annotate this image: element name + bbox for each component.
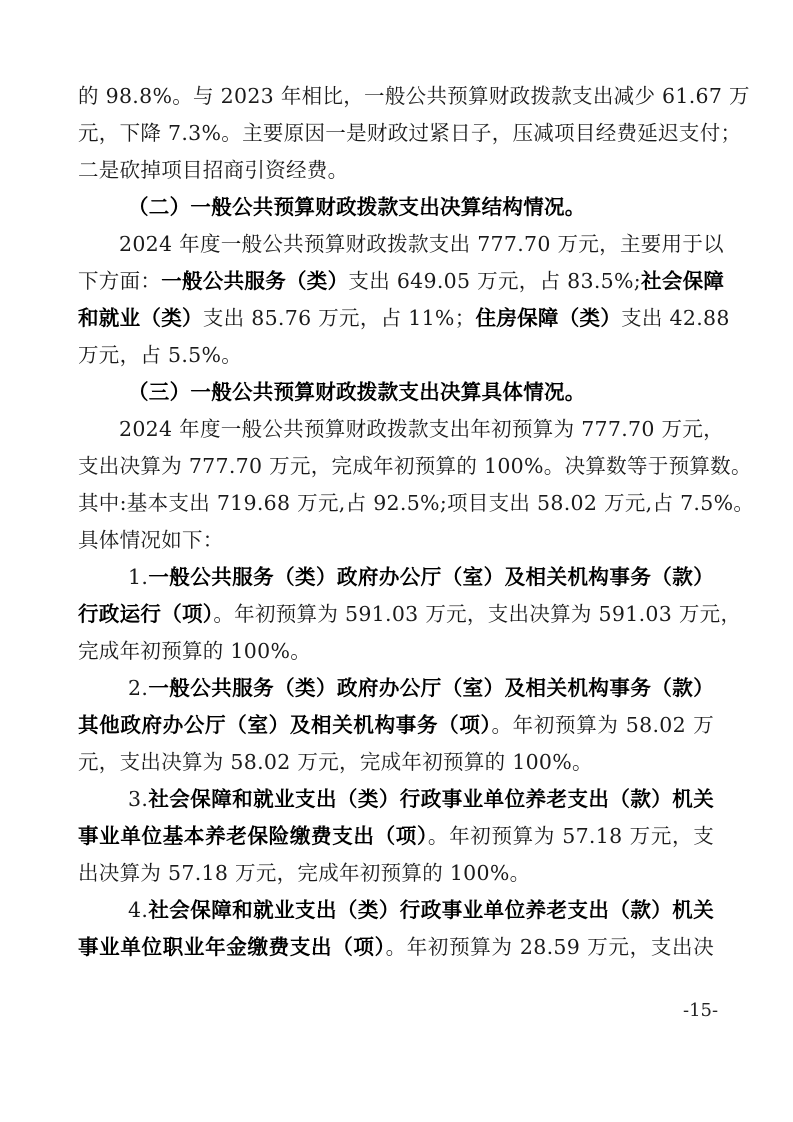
text-line: 2024 年度一般公共预算财政拨款支出年初预算为 777.70 万元， <box>78 411 714 448</box>
item-number: 1. <box>128 565 148 589</box>
text-line: 出决算为 57.18 万元，完成年初预算的 100%。 <box>78 855 714 892</box>
text-line: 事业单位基本养老保险缴费支出（项）。年初预算为 57.18 万元，支 <box>78 818 714 855</box>
item-title-line: 3.社会保障和就业支出（类）行政事业单位养老支出（款）机关 <box>78 781 714 818</box>
section-heading-detail: （三）一般公共预算财政拨款支出决算具体情况。 <box>78 374 714 411</box>
text-line: 下方面：一般公共服务（类）支出 649.05 万元，占 83.5%;社会保障 <box>78 263 714 300</box>
category-label: 社会保障 <box>641 269 724 293</box>
text-line: 和就业（类）支出 85.76 万元，占 11%；住房保障（类）支出 42.88 <box>78 300 714 337</box>
text-line: 完成年初预算的 100%。 <box>78 633 714 670</box>
item-title-line: 1.一般公共服务（类）政府办公厅（室）及相关机构事务（款） <box>78 559 714 596</box>
category-label: 一般公共服务（类） <box>161 269 348 293</box>
text-line: 具体情况如下： <box>78 522 714 559</box>
text-line: 元，支出决算为 58.02 万元，完成年初预算的 100%。 <box>78 744 714 781</box>
item-number: 2. <box>128 676 148 700</box>
item-title: 一般公共服务（类）政府办公厅（室）及相关机构事务（款） <box>148 565 714 589</box>
item-title: 社会保障和就业支出（类）行政事业单位养老支出（款）机关 <box>148 898 714 922</box>
text-span: 下方面： <box>78 269 161 293</box>
category-label: 住房保障（类） <box>476 306 622 330</box>
item-title: 其他政府办公厅（室）及相关机构事务（项） <box>78 713 491 737</box>
item-number: 4. <box>128 898 148 922</box>
text-line: 的 98.8%。与 2023 年相比，一般公共预算财政拨款支出减少 61.67 … <box>78 78 714 115</box>
item-title-line: 2.一般公共服务（类）政府办公厅（室）及相关机构事务（款） <box>78 670 714 707</box>
item-title: 社会保障和就业支出（类）行政事业单位养老支出（款）机关 <box>148 787 714 811</box>
text-line: 万元，占 5.5%。 <box>78 337 714 374</box>
text-span: 。年初预算为 57.18 万元，支 <box>428 824 714 848</box>
text-line: 行政运行（项）。年初预算为 591.03 万元，支出决算为 591.03 万元， <box>78 596 714 633</box>
item-title: 事业单位基本养老保险缴费支出（项） <box>78 824 428 848</box>
item-number: 3. <box>128 787 148 811</box>
text-span: 支出 42.88 <box>621 306 730 330</box>
document-page: 的 98.8%。与 2023 年相比，一般公共预算财政拨款支出减少 61.67 … <box>78 78 714 966</box>
section-heading-structure: （二）一般公共预算财政拨款支出决算结构情况。 <box>78 189 714 226</box>
text-span: 支出 85.76 万元，占 11%； <box>203 306 476 330</box>
page-number: -15- <box>683 1000 718 1021</box>
category-label: 和就业（类） <box>78 306 203 330</box>
text-span: 。年初预算为 58.02 万 <box>491 713 714 737</box>
item-title: 一般公共服务（类）政府办公厅（室）及相关机构事务（款） <box>148 676 714 700</box>
item-title-line: 4.社会保障和就业支出（类）行政事业单位养老支出（款）机关 <box>78 892 714 929</box>
text-line: 支出决算为 777.70 万元，完成年初预算的 100%。决算数等于预算数。 <box>78 448 714 485</box>
text-span: 。年初预算为 28.59 万元，支出决 <box>386 935 714 959</box>
text-line: 其他政府办公厅（室）及相关机构事务（项）。年初预算为 58.02 万 <box>78 707 714 744</box>
text-line: 事业单位职业年金缴费支出（项）。年初预算为 28.59 万元，支出决 <box>78 929 714 966</box>
item-title: 行政运行（项） <box>78 602 213 626</box>
text-line: 二是砍掉项目招商引资经费。 <box>78 152 714 189</box>
text-line: 2024 年度一般公共预算财政拨款支出 777.70 万元，主要用于以 <box>78 226 714 263</box>
text-span: 支出 649.05 万元，占 83.5%; <box>348 269 641 293</box>
item-title: 事业单位职业年金缴费支出（项） <box>78 935 386 959</box>
text-span: 。年初预算为 591.03 万元，支出决算为 591.03 万元， <box>213 602 741 626</box>
text-line: 其中:基本支出 719.68 万元,占 92.5%;项目支出 58.02 万元,… <box>78 485 714 522</box>
text-line: 元，下降 7.3%。主要原因一是财政过紧日子，压减项目经费延迟支付； <box>78 115 714 152</box>
